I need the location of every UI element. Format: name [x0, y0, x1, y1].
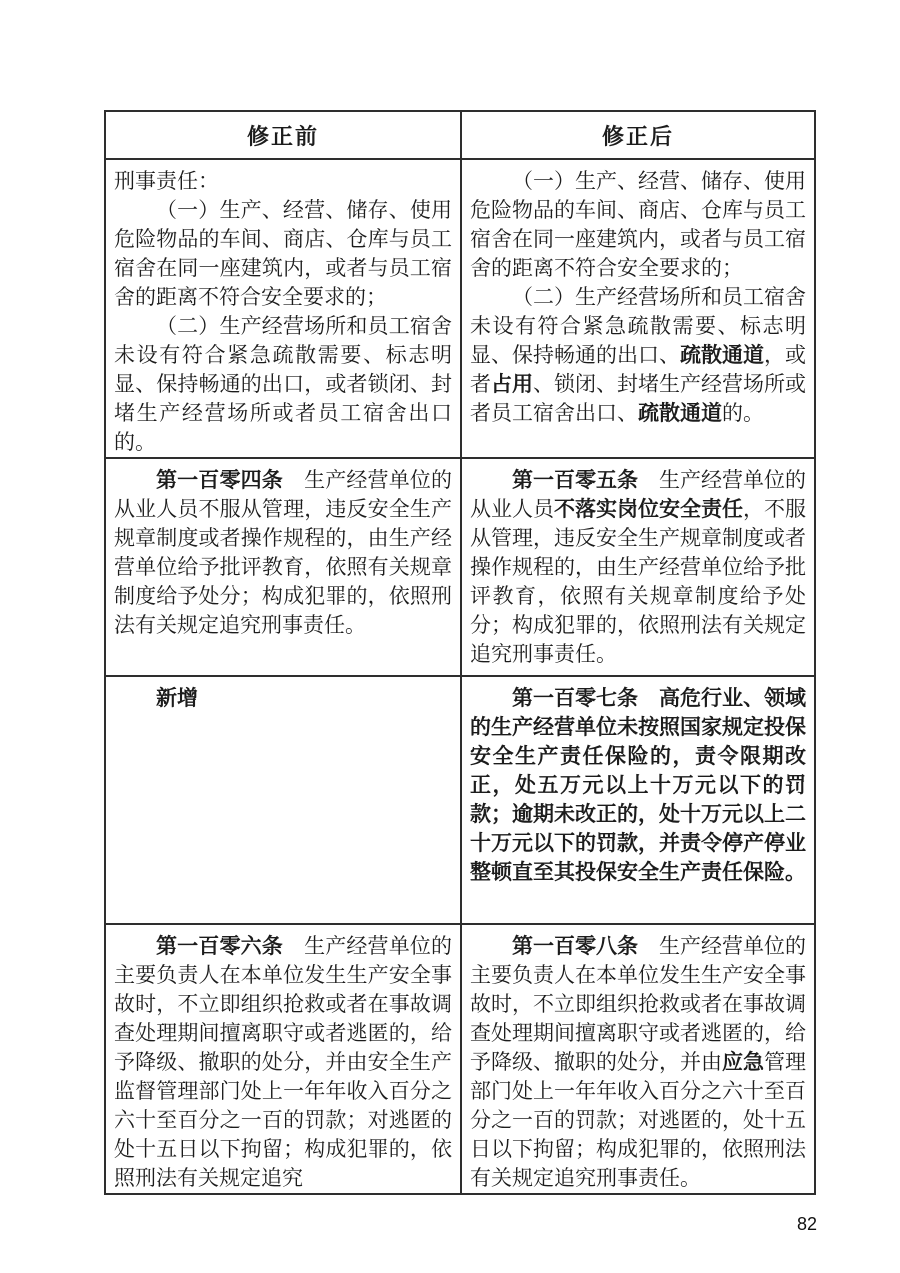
header-after-column: 修正后	[461, 111, 815, 159]
paragraph: 刑事责任：	[114, 167, 452, 196]
amendment-comparison-table: 修正前 修正后 刑事责任：（一）生产、经营、储存、使用危险物品的车间、商店、仓库…	[104, 110, 816, 1195]
amended-text-segment: 第一百零六条	[156, 935, 283, 958]
text-segment: 的。	[722, 401, 764, 425]
amended-text-segment: 第一百零五条	[512, 469, 638, 492]
cell-after-article-108: 第一百零八条 生产经营单位的主要负责人在本单位发生生产安全事故时，不立即组织抢救…	[461, 924, 815, 1194]
text-segment: 生产经营单位的主要负责人在本单位发生生产安全事故时，不立即组织抢救或者在事故调查…	[114, 934, 452, 1190]
table-row-new-article-107: 新增 第一百零七条 高危行业、领域的生产经营单位未按照国家规定投保安全生产责任保…	[105, 676, 815, 924]
cell-before-new-marker: 新增	[105, 676, 461, 924]
cell-after-article-105: 第一百零五条 生产经营单位的从业人员不落实岗位安全责任，不服从管理，违反安全生产…	[461, 458, 815, 676]
paragraph: （一）生产、经营、储存、使用危险物品的车间、商店、仓库与员工宿舍在同一座建筑内，…	[114, 196, 452, 312]
cell-after-criminal-liability: （一）生产、经营、储存、使用危险物品的车间、商店、仓库与员工宿舍在同一座建筑内，…	[461, 159, 815, 458]
text-segment: 刑事责任：	[114, 169, 219, 193]
document-page: 修正前 修正后 刑事责任：（一）生产、经营、储存、使用危险物品的车间、商店、仓库…	[0, 0, 900, 1273]
text-segment: 生产经营单位的从业人员不服从管理，违反安全生产规章制度或者操作规程的，由生产经营…	[114, 468, 452, 637]
paragraph: 第一百零六条 生产经营单位的主要负责人在本单位发生生产安全事故时，不立即组织抢救…	[114, 932, 452, 1193]
text-segment: ，不服从管理，违反安全生产规章制度或者操作规程的，由生产经营单位给予批评教育，依…	[470, 497, 806, 666]
paragraph: 第一百零五条 生产经营单位的从业人员不落实岗位安全责任，不服从管理，违反安全生产…	[470, 466, 806, 669]
amended-text-segment: 占用	[491, 373, 533, 396]
paragraph: 第一百零八条 生产经营单位的主要负责人在本单位发生生产安全事故时，不立即组织抢救…	[470, 932, 806, 1193]
text-segment: （二）生产经营场所和员工宿舍未设有符合紧急疏散需要、标志明显、保持畅通的出口，或…	[114, 314, 452, 454]
table-row-article-106-108: 第一百零六条 生产经营单位的主要负责人在本单位发生生产安全事故时，不立即组织抢救…	[105, 924, 815, 1194]
table-row-article-104-105: 第一百零四条 生产经营单位的从业人员不服从管理，违反安全生产规章制度或者操作规程…	[105, 458, 815, 676]
paragraph: 第一百零七条 高危行业、领域的生产经营单位未按照国家规定投保安全生产责任保险的，…	[470, 684, 806, 887]
amended-text-segment: 新增	[156, 687, 198, 710]
text-segment: （一）生产、经营、储存、使用危险物品的车间、商店、仓库与员工宿舍在同一座建筑内，…	[470, 169, 806, 280]
header-before-column: 修正前	[105, 111, 461, 159]
amended-text-segment: 疏散通道	[680, 344, 764, 367]
table-header-row: 修正前 修正后	[105, 111, 815, 159]
cell-after-article-107: 第一百零七条 高危行业、领域的生产经营单位未按照国家规定投保安全生产责任保险的，…	[461, 676, 815, 924]
paragraph: （二）生产经营场所和员工宿舍未设有符合紧急疏散需要、标志明显、保持畅通的出口，或…	[114, 312, 452, 457]
amended-text-segment: 第一百零八条	[512, 935, 638, 958]
amended-text-segment: 应急	[722, 1051, 764, 1074]
cell-before-article-106: 第一百零六条 生产经营单位的主要负责人在本单位发生生产安全事故时，不立即组织抢救…	[105, 924, 461, 1194]
cell-before-criminal-liability: 刑事责任：（一）生产、经营、储存、使用危险物品的车间、商店、仓库与员工宿舍在同一…	[105, 159, 461, 458]
amended-text-segment: 第一百零四条	[156, 469, 283, 492]
amended-text-segment: 第一百零七条 高危行业、领域的生产经营单位未按照国家规定投保安全生产责任保险的，…	[470, 687, 806, 884]
paragraph: （二）生产经营场所和员工宿舍未设有符合紧急疏散需要、标志明显、保持畅通的出口、疏…	[470, 283, 806, 428]
paragraph: （一）生产、经营、储存、使用危险物品的车间、商店、仓库与员工宿舍在同一座建筑内，…	[470, 167, 806, 283]
amended-text-segment: 疏散通道	[638, 402, 722, 425]
table-row-criminal-liability: 刑事责任：（一）生产、经营、储存、使用危险物品的车间、商店、仓库与员工宿舍在同一…	[105, 159, 815, 458]
text-segment: （一）生产、经营、储存、使用危险物品的车间、商店、仓库与员工宿舍在同一座建筑内，…	[114, 198, 452, 309]
page-number: 82	[797, 1214, 817, 1235]
paragraph: 第一百零四条 生产经营单位的从业人员不服从管理，违反安全生产规章制度或者操作规程…	[114, 466, 452, 640]
amended-text-segment: 不落实岗位安全责任	[554, 498, 743, 521]
paragraph: 新增	[114, 684, 452, 713]
cell-before-article-104: 第一百零四条 生产经营单位的从业人员不服从管理，违反安全生产规章制度或者操作规程…	[105, 458, 461, 676]
